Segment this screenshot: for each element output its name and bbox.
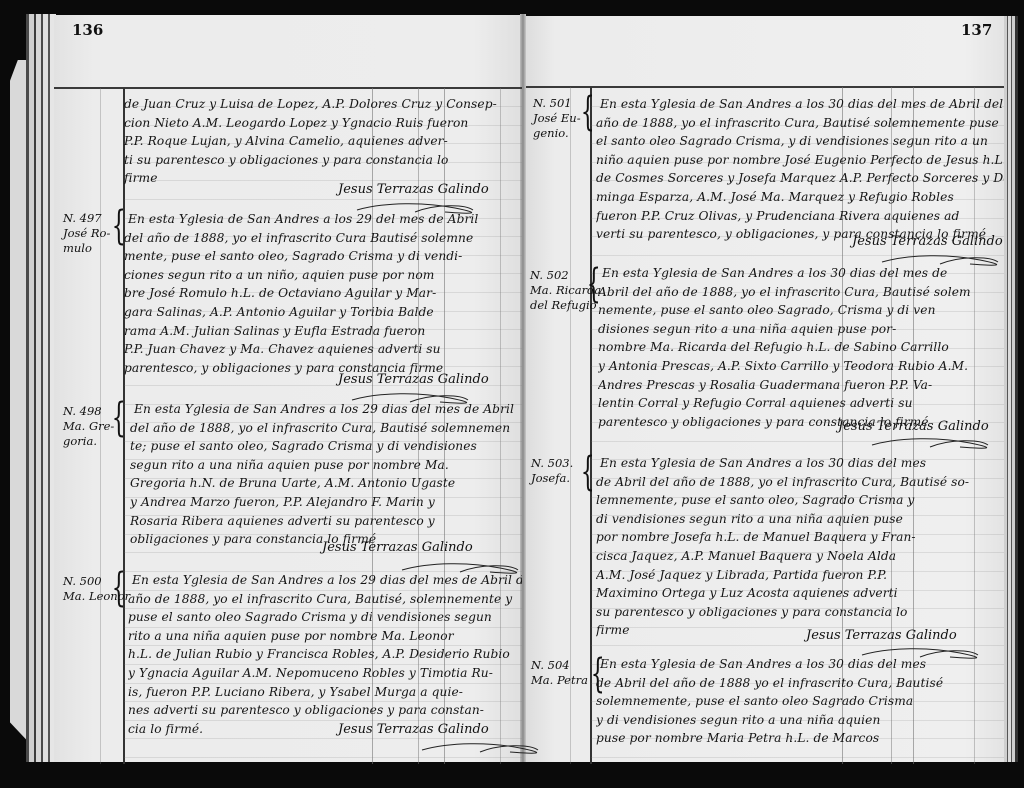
entry-line: niño aquien puse por nombre José Eugenio… [596,151,1004,170]
entry-right-3-label: N. 504 Ma. Petra [531,658,588,688]
entry-line: Andres Prescas y Rosalia Guadermana fuer… [598,376,1004,395]
entry-line: fueron P.P. Cruz Olivas, y Prudenciana R… [596,207,1004,226]
entry-right-1-text: En esta Yglesia de San Andres a los 30 d… [598,264,1004,431]
entry-left-3-text: En esta Yglesia de San Andres a los 29 d… [128,571,522,738]
signature-flourish-icon [420,740,540,756]
entry-line: gara Salinas, A.P. Antonio Aguilar y Tor… [124,303,522,322]
entry-line: P.P. Roque Lujan, y Alvina Camelio, aqui… [124,132,522,151]
entry-right-3-text: En esta Yglesia de San Andres a los 30 d… [596,655,1004,748]
page-number-right: 137 [961,21,992,39]
entry-right-2-text: En esta Yglesia de San Andres a los 30 d… [596,454,1004,640]
entry-right-2-signature: Jesus Terrazas Galindo [806,628,957,643]
entry-line: y Andrea Marzo fueron, P.P. Alejandro F.… [130,493,522,512]
entry-line: is, fueron P.P. Luciano Ribera, y Ysabel… [128,683,522,702]
signature-flourish-icon [350,390,470,406]
entry-right-1-signature: Jesus Terrazas Galindo [838,419,989,434]
page-number-left: 136 [72,21,103,39]
entry-right-0-label: N. 501 José Eu- genio. [533,96,581,141]
brace-icon: { [112,398,126,438]
entry-line: ti su parentesco y obligaciones y para c… [124,151,522,170]
entry-line: lentin Corral y Refugio Corral aquienes … [598,394,1004,413]
signature-flourish-icon [880,252,1000,268]
entry-line: año de 1888, yo el infrascrito Cura, Bau… [596,114,1004,133]
entry-line: rama A.M. Julian Salinas y Eufla Estrada… [124,322,522,341]
entry-line: Abril del año de 1888, yo el infrascrito… [598,283,1004,302]
entry-line: En esta Yglesia de San Andres a los 30 d… [596,454,1004,473]
register-book-spread: 136 137 de Juan Cruz y Luisa de Lopez, A… [0,0,1024,788]
entry-line: nombre Ma. Ricarda del Refugio h.L. de S… [598,338,1004,357]
signature-flourish-icon [860,645,980,661]
signature-flourish-icon [355,200,475,216]
entry-line: su parentesco y obligaciones y para cons… [596,603,1004,622]
entry-line: del año de 1888, yo el infrascrito Cura … [124,229,522,248]
entry-line: bre José Romulo h.L. de Octaviano Aguila… [124,284,522,303]
brace-icon: { [112,568,126,608]
entry-line: solemnemente, puse el santo oleo Sagrado… [596,692,1004,711]
entry-left-0-text: de Juan Cruz y Luisa de Lopez, A.P. Dolo… [124,95,522,188]
entry-line: año de 1888, yo el infrascrito Cura, Bau… [128,590,522,609]
entry-line: di vendisiones segun rito a una niña aqu… [596,510,1004,529]
entry-line: rito a una niña aquien puse por nombre M… [128,627,522,646]
entry-left-1-text: En esta Yglesia de San Andres a los 29 d… [124,210,522,377]
entry-right-2-label: N. 503. Josefa. [531,456,573,486]
entry-line: del año de 1888, yo el infrascrito Cura,… [130,419,522,438]
ruled-line [124,757,522,758]
entry-line: puse por nombre Maria Petra h.L. de Marc… [596,729,1004,748]
entry-line: por nombre Josefa h.L. de Manuel Baquera… [596,528,1004,547]
entry-line: nemente, puse el santo oleo Sagrado, Cri… [598,301,1004,320]
entry-line: nes adverti su parentesco y obligaciones… [128,701,522,720]
entry-line: mente, puse el santo oleo, Sagrado Crism… [124,247,522,266]
entry-right-0-text: En esta Yglesia de San Andres a los 30 d… [596,95,1004,244]
entry-line: de Abril del año de 1888, yo el infrascr… [596,473,1004,492]
entry-line: puse el santo oleo Sagrado Crisma y di v… [128,608,522,627]
signature-flourish-icon [870,435,990,451]
entry-line: de Cosmes Sorceres y Josefa Marquez A.P.… [596,169,1004,188]
entry-line: y Antonia Prescas, A.P. Sixto Carrillo y… [598,357,1004,376]
entry-line: lemnemente, puse el santo oleo, Sagrado … [596,491,1004,510]
entry-line: A.M. José Jaquez y Librada, Partida fuer… [596,566,1004,585]
brace-icon: { [581,452,595,492]
entry-line: h.L. de Julian Rubio y Francisca Robles,… [128,645,522,664]
entry-line: el santo oleo Sagrado Crisma, y di vendi… [596,132,1004,151]
entry-line: y di vendisiones segun rito a una niña a… [596,711,1004,730]
entry-left-0-signature: Jesus Terrazas Galindo [338,182,489,197]
bottom-shadow [20,762,1020,788]
entry-line: de Juan Cruz y Luisa de Lopez, A.P. Dolo… [124,95,522,114]
entry-line: Rosaria Ribera aquienes adverti su paren… [130,512,522,531]
entry-left-1-label: N. 497 José Ro- mulo [63,211,110,256]
entry-line: de Abril del año de 1888 yo el infrascri… [596,674,1004,693]
entry-line: Maximino Ortega y Luz Acosta aquienes ad… [596,584,1004,603]
entry-line: Gregoria h.N. de Bruna Uarte, A.M. Anton… [130,474,522,493]
entry-left-2-label: N. 498 Ma. Gre- goria. [63,404,114,449]
entry-line: P.P. Juan Chavez y Ma. Chavez aquienes a… [124,340,522,359]
header-rule-right [526,86,1004,88]
entry-left-2-signature: Jesus Terrazas Galindo [322,540,473,555]
entry-left-3-signature: Jesus Terrazas Galindo [338,722,489,737]
entry-line: cisca Jaquez, A.P. Manuel Baquera y Noel… [596,547,1004,566]
entry-line: segun rito a una niña aquien puse por no… [130,456,522,475]
entry-line: ciones segun rito a un niño, aquien puse… [124,266,522,285]
entry-line: y Ygnacia Aguilar A.M. Nepomuceno Robles… [128,664,522,683]
entry-line: te; puse el santo oleo, Sagrado Crisma y… [130,437,522,456]
brace-icon: { [581,92,595,132]
entry-left-1-signature: Jesus Terrazas Galindo [338,372,489,387]
entry-right-0-signature: Jesus Terrazas Galindo [852,234,1003,249]
entry-line: minga Esparza, A.M. José Ma. Marquez y R… [596,188,1004,207]
entry-left-2-text: En esta Yglesia de San Andres a los 29 d… [130,400,522,549]
page-stack-right-edge [1004,16,1018,768]
signature-flourish-icon [400,560,520,576]
entry-line: cion Nieto A.M. Leogardo Lopez y Ygnacio… [124,114,522,133]
page-stack-left-edge [26,14,56,769]
ruled-line [591,757,1004,758]
entry-line: En esta Yglesia de San Andres a los 30 d… [596,95,1004,114]
entry-line: disiones segun rito a una niña aquien pu… [598,320,1004,339]
